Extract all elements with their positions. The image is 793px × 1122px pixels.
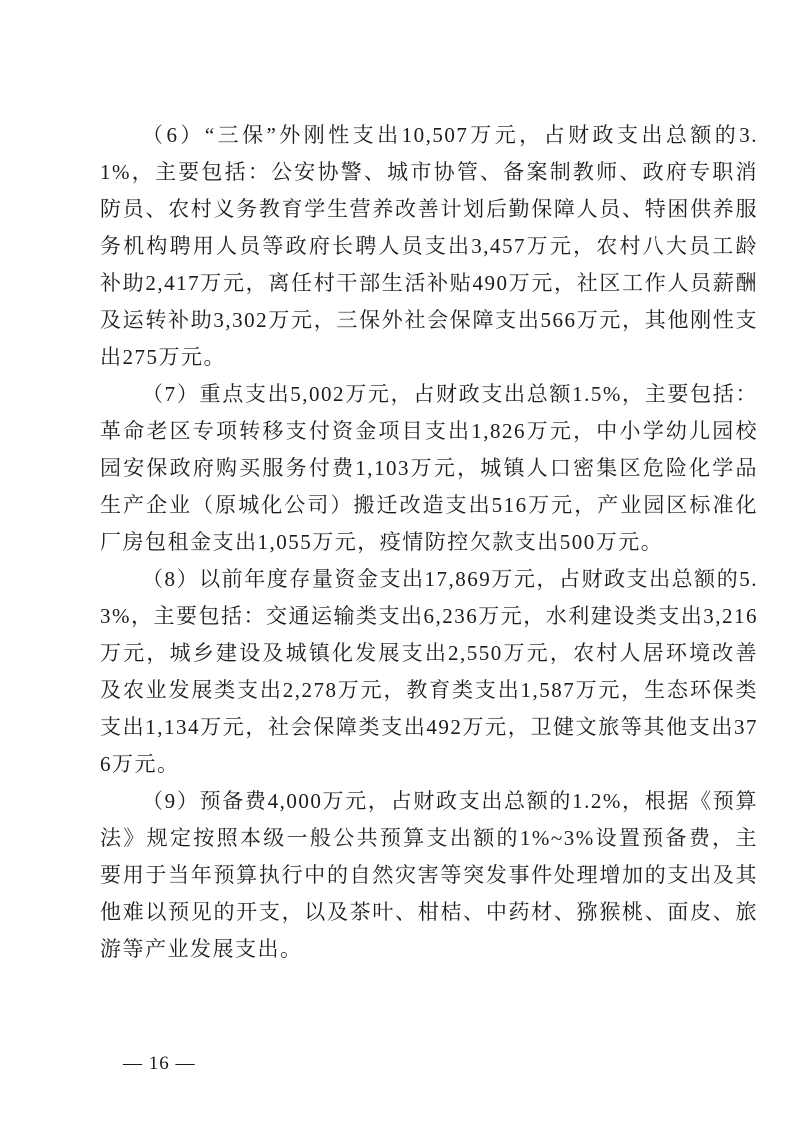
paragraph-item-9: （9）预备费4,000万元，占财政支出总额的1.2%，根据《预算法》规定按照本级… bbox=[100, 783, 758, 968]
document-body: （6）“三保”外刚性支出10,507万元，占财政支出总额的3.1%，主要包括：公… bbox=[100, 117, 758, 968]
paragraph-item-7: （7）重点支出5,002万元，占财政支出总额1.5%，主要包括：革命老区专项转移… bbox=[100, 376, 758, 561]
paragraph-item-6: （6）“三保”外刚性支出10,507万元，占财政支出总额的3.1%，主要包括：公… bbox=[100, 117, 758, 376]
document-page: （6）“三保”外刚性支出10,507万元，占财政支出总额的3.1%，主要包括：公… bbox=[0, 0, 793, 1122]
page-footer: — 16 — bbox=[100, 1031, 196, 1097]
paragraph-item-8: （8）以前年度存量资金支出17,869万元，占财政支出总额的5.3%，主要包括：… bbox=[100, 561, 758, 783]
page-number: — 16 — bbox=[123, 1053, 196, 1074]
